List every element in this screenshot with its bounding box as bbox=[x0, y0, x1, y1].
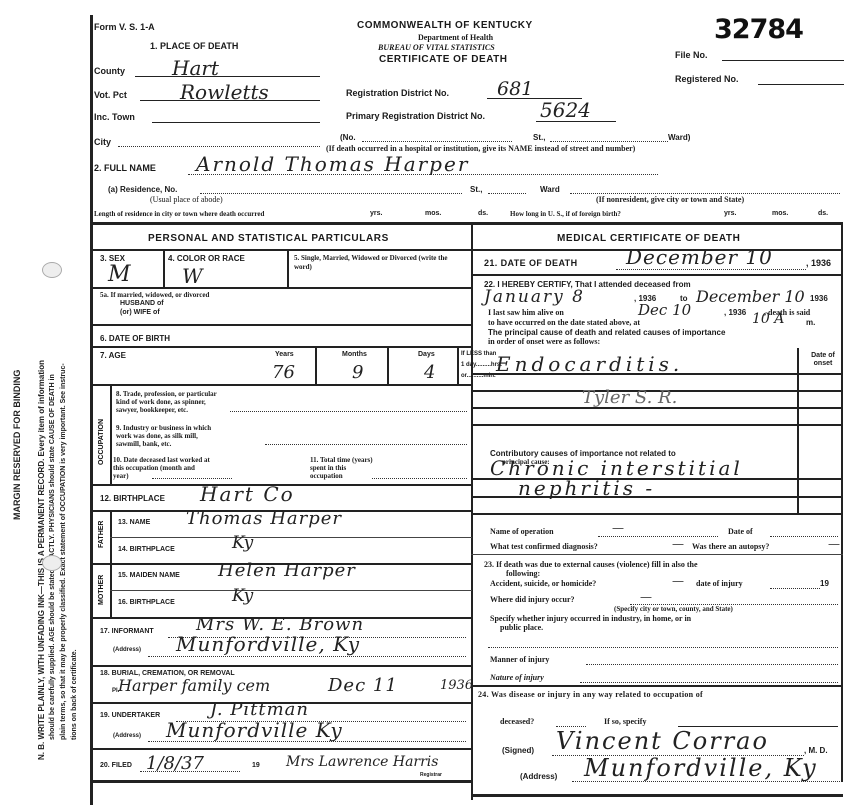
industry-field[interactable] bbox=[265, 444, 467, 445]
less-than-label: If LESS than bbox=[461, 351, 496, 357]
operation-label: Name of operation bbox=[490, 527, 554, 536]
trade-field[interactable] bbox=[230, 411, 467, 412]
principal-cause-2: in order of onset were as follows: bbox=[488, 337, 600, 346]
rule bbox=[110, 384, 112, 484]
commonwealth-title: COMMONWEALTH OF KENTUCKY bbox=[357, 20, 533, 31]
county-field[interactable] bbox=[135, 76, 320, 77]
date-injury-field[interactable] bbox=[770, 588, 820, 589]
informant-address-value: Munfordville, Ky bbox=[176, 632, 360, 656]
manner-injury-label: Manner of injury bbox=[490, 655, 549, 664]
rule bbox=[90, 249, 472, 251]
reg-district-value: 681 bbox=[497, 78, 533, 100]
operation-value: — bbox=[612, 521, 624, 535]
color-race-value: W bbox=[182, 264, 203, 288]
nonresident-note: (If nonresident, give city or town and S… bbox=[596, 195, 744, 204]
rule bbox=[457, 346, 459, 384]
date-of-death-field[interactable] bbox=[616, 269, 806, 270]
filed-label: 20. FILED bbox=[100, 762, 132, 769]
right-border bbox=[841, 222, 843, 782]
sex-value: M bbox=[108, 262, 131, 287]
mother-name-label: 15. MAIDEN NAME bbox=[118, 572, 180, 579]
bureau-name: BUREAU OF VITAL STATISTICS bbox=[378, 43, 495, 52]
residence-field[interactable] bbox=[200, 193, 462, 194]
rule bbox=[110, 537, 472, 538]
registered-no-field[interactable] bbox=[758, 84, 844, 85]
marital-label: 5. Single, Married, Widowed or Divorced … bbox=[294, 254, 464, 272]
rule bbox=[471, 274, 843, 276]
street-no-field[interactable] bbox=[362, 141, 512, 142]
total-time-line: spent in this bbox=[310, 464, 373, 472]
length-mos: mos. bbox=[425, 210, 441, 217]
length-residence-label: Length of residence in city or town wher… bbox=[94, 210, 264, 218]
birthplace-label: 12. BIRTHPLACE bbox=[100, 494, 165, 503]
residence-ward-field[interactable] bbox=[570, 193, 840, 194]
months-value: 9 bbox=[352, 362, 363, 383]
last-worked-label: 10. Date deceased last worked at this oc… bbox=[113, 456, 210, 480]
operation-field[interactable] bbox=[598, 536, 718, 537]
address-label: (Address) bbox=[520, 772, 557, 781]
rule bbox=[797, 424, 799, 514]
nature-injury-field[interactable] bbox=[580, 682, 838, 683]
date-of-death-label: 21. DATE OF DEATH bbox=[484, 258, 577, 268]
autopsy-label: Was there an autopsy? bbox=[692, 542, 769, 551]
years-label: Years bbox=[275, 351, 294, 358]
county-label: County bbox=[94, 66, 125, 76]
rule bbox=[163, 249, 165, 287]
last-worked-field[interactable] bbox=[152, 478, 232, 479]
attended-to-year: 1936 bbox=[810, 294, 828, 303]
margin-instruction-4: tions on back of certificate. bbox=[69, 649, 80, 740]
stamp-number: 32784 bbox=[714, 14, 803, 45]
rule bbox=[90, 287, 472, 289]
registrar-value: Mrs Lawrence Harris bbox=[286, 754, 438, 770]
rule bbox=[90, 384, 472, 386]
color-race-label: 4. COLOR OR RACE bbox=[168, 254, 245, 263]
undertaker-value: J. Pittman bbox=[210, 699, 309, 720]
mother-birthplace-label: 16. BIRTHPLACE bbox=[118, 599, 175, 606]
mother-side-label: MOTHER bbox=[98, 575, 105, 605]
informant-address-field[interactable] bbox=[148, 656, 466, 657]
age-label: 7. AGE bbox=[100, 351, 126, 360]
trade-label-line: 8. Trade, profession, or particular bbox=[116, 390, 217, 398]
cause-2-value: Tyler S. R. bbox=[582, 387, 677, 408]
how-long-us-label: How long in U. S., if of foreign birth? bbox=[510, 210, 621, 218]
us-mos: mos. bbox=[772, 210, 788, 217]
residence-st-label: St., bbox=[470, 185, 482, 194]
date-of-onset-label: Date of onset bbox=[806, 352, 840, 368]
trade-label: 8. Trade, profession, or particular kind… bbox=[116, 390, 217, 414]
form-number: Form V. S. 1-A bbox=[94, 22, 155, 32]
years-value: 76 bbox=[272, 362, 295, 383]
last-saw-alive-text: im alive on bbox=[526, 308, 563, 317]
reg-district-label: Registration District No. bbox=[346, 88, 449, 98]
industry-label-line: sawmill, bank, etc. bbox=[116, 440, 211, 448]
punch-hole bbox=[42, 262, 62, 278]
occurred-line: to have occurred on the date stated abov… bbox=[488, 318, 640, 327]
date-of-death-year: , 1936 bbox=[806, 258, 831, 268]
date-of-death-value: December 10 bbox=[626, 245, 773, 269]
test-label: What test confirmed diagnosis? bbox=[490, 542, 598, 551]
place-of-death-heading: 1. PLACE OF DEATH bbox=[150, 41, 238, 51]
usual-abode-note: (Usual place of abode) bbox=[150, 195, 223, 204]
residence-st-field[interactable] bbox=[488, 193, 526, 194]
us-yrs: yrs. bbox=[724, 210, 736, 217]
rule bbox=[287, 249, 289, 287]
total-time-label: 11. Total time (years) spent in this occ… bbox=[310, 456, 373, 480]
margin-reserved-text: MARGIN RESERVED FOR BINDING bbox=[12, 370, 23, 520]
undertaker-address-label: (Address) bbox=[113, 733, 141, 739]
nature-injury-label: Nature of injury bbox=[490, 673, 544, 682]
length-yrs: yrs. bbox=[370, 210, 382, 217]
total-time-line: 11. Total time (years) bbox=[310, 456, 373, 464]
full-name-label: 2. FULL NAME bbox=[94, 163, 156, 173]
specify-whether-2: public place. bbox=[500, 623, 543, 632]
rule bbox=[90, 324, 472, 326]
rule bbox=[471, 496, 843, 498]
county-value: Hart bbox=[172, 56, 219, 80]
file-no-label: File No. bbox=[675, 50, 708, 60]
primary-reg-label: Primary Registration District No. bbox=[346, 111, 485, 121]
street-no-label: (No. bbox=[340, 133, 356, 142]
informant-label: 17. INFORMANT bbox=[100, 628, 154, 635]
address-value: Munfordville, Ky bbox=[584, 754, 818, 782]
father-name-label: 13. NAME bbox=[118, 519, 150, 526]
months-label: Months bbox=[342, 351, 367, 358]
test-value: — bbox=[672, 537, 684, 551]
last-saw-date: Dec 10 bbox=[638, 301, 691, 319]
attended-from-value: January 8 bbox=[484, 287, 585, 307]
personal-heading: PERSONAL AND STATISTICAL PARTICULARS bbox=[148, 233, 389, 244]
specify-city-note: (Specify city or town, county, and State… bbox=[614, 605, 733, 613]
punch-hole bbox=[42, 555, 62, 571]
residence-ward-label: Ward bbox=[540, 185, 560, 194]
vot-pct-value: Rowletts bbox=[180, 80, 269, 104]
rule bbox=[90, 748, 472, 750]
rule bbox=[387, 346, 389, 384]
father-birthplace-label: 14. BIRTHPLACE bbox=[118, 546, 175, 553]
trade-label-line: kind of work done, as spinner, bbox=[116, 398, 217, 406]
dob-label: 6. DATE OF BIRTH bbox=[100, 334, 170, 343]
file-no-field[interactable] bbox=[722, 60, 844, 61]
signed-value: Vincent Corrao bbox=[556, 727, 769, 755]
undertaker-label: 19. UNDERTAKER bbox=[100, 712, 160, 719]
mother-birthplace-value: Ky bbox=[232, 586, 253, 606]
rule bbox=[471, 513, 843, 515]
rule bbox=[471, 407, 843, 409]
street-field[interactable] bbox=[550, 141, 668, 142]
external-causes-2: following: bbox=[506, 569, 540, 578]
father-birthplace-value: Ky bbox=[232, 533, 253, 553]
right-bottom-rule bbox=[471, 794, 843, 797]
filed-value: 1/8/37 bbox=[146, 753, 204, 774]
length-ds: ds. bbox=[478, 210, 488, 217]
occupation-side-label: OCCUPATION bbox=[98, 419, 105, 465]
us-ds: ds. bbox=[818, 210, 828, 217]
certificate-title: CERTIFICATE OF DEATH bbox=[379, 54, 508, 65]
main-table-top-rule bbox=[90, 222, 842, 225]
m-label: m. bbox=[806, 318, 815, 327]
father-side-label: FATHER bbox=[98, 521, 105, 548]
rule bbox=[471, 424, 843, 426]
informant-address-label: (Address) bbox=[113, 647, 141, 653]
if-so-label: If so, specify bbox=[604, 717, 646, 726]
signed-label: (Signed) bbox=[502, 746, 534, 755]
inc-town-field[interactable] bbox=[152, 122, 320, 123]
days-value: 4 bbox=[424, 362, 435, 383]
margin-instruction-3: plain terms, so that it may be properly … bbox=[58, 363, 69, 740]
rule bbox=[110, 590, 472, 591]
trade-label-line: sawyer, bookkeeper, etc. bbox=[116, 406, 217, 414]
industry-label-line: 9. Industry or business in which bbox=[116, 424, 211, 432]
rule bbox=[90, 665, 472, 667]
total-time-line: occupation bbox=[310, 472, 373, 480]
date-injury-19: 19 bbox=[820, 579, 829, 588]
attended-to-value: December 10 bbox=[696, 287, 805, 306]
rule bbox=[471, 554, 843, 555]
specify-whether-1: Specify whether injury occurred in indus… bbox=[490, 614, 691, 623]
date-of-operation-label: Date of bbox=[728, 527, 753, 536]
time-value: 10 A bbox=[752, 311, 784, 327]
undertaker-address-value: Munfordville Ky bbox=[166, 718, 343, 742]
rule bbox=[471, 373, 843, 375]
birthplace-value: Hart Co bbox=[200, 482, 295, 506]
father-name-value: Thomas Harper bbox=[186, 508, 342, 529]
city-field[interactable] bbox=[118, 146, 320, 147]
inc-town-label: Inc. Town bbox=[94, 112, 135, 122]
accident-label: Accident, suicide, or homicide? bbox=[490, 579, 596, 588]
occupation-related-q: 24. Was disease or injury in any way rel… bbox=[478, 690, 703, 699]
rule bbox=[315, 346, 317, 384]
total-time-field[interactable] bbox=[372, 478, 467, 479]
burial-date-value: Dec 11 bbox=[328, 675, 398, 696]
date-injury-label: date of injury bbox=[696, 579, 743, 588]
days-label: Days bbox=[418, 351, 435, 358]
ward-label: Ward) bbox=[668, 133, 690, 142]
injury-place-field[interactable] bbox=[488, 647, 838, 648]
street-label: St., bbox=[533, 133, 545, 142]
where-injury-label: Where did injury occur? bbox=[490, 595, 575, 604]
primary-reg-value: 5624 bbox=[540, 98, 591, 122]
industry-label: 9. Industry or business in which work wa… bbox=[116, 424, 211, 448]
accident-value: — bbox=[672, 574, 684, 588]
burial-year: 1936 bbox=[440, 678, 473, 693]
industry-label-line: work was done, as silk mill, bbox=[116, 432, 211, 440]
last-saw-prefix-text: I last saw h bbox=[488, 308, 526, 317]
registered-no-label: Registered No. bbox=[675, 74, 739, 84]
spouse-label-1: 5a. If married, widowed, or divorced bbox=[100, 291, 209, 299]
last-worked-line: this occupation (month and bbox=[113, 464, 210, 472]
city-label: City bbox=[94, 137, 111, 147]
full-name-value: Arnold Thomas Harper bbox=[196, 152, 469, 176]
mother-name-value: Helen Harper bbox=[218, 560, 356, 581]
spouse-label-3: (or) WIFE of bbox=[120, 309, 160, 316]
burial-place-value: Harper family cem bbox=[118, 676, 270, 695]
department-name: Department of Health bbox=[418, 33, 493, 42]
last-saw-prefix: I last saw him alive on bbox=[488, 308, 564, 317]
last-worked-line: 10. Date deceased last worked at bbox=[113, 456, 210, 464]
principal-cause-1: The principal cause of death and related… bbox=[488, 328, 725, 337]
spouse-label-2: HUSBAND of bbox=[120, 300, 164, 307]
rule bbox=[471, 685, 843, 687]
external-causes-1: 23. If death was due to external causes … bbox=[484, 560, 698, 569]
filed-19: 19 bbox=[252, 762, 260, 769]
autopsy-value: — bbox=[828, 537, 840, 551]
left-bottom-rule bbox=[90, 780, 472, 783]
registrar-label: Registrar bbox=[420, 772, 442, 778]
vot-pct-label: Vot. Pct bbox=[94, 90, 127, 100]
deceased-q: deceased? bbox=[500, 717, 534, 726]
residence-label: (a) Residence, No. bbox=[108, 185, 177, 194]
where-injury-value: — bbox=[640, 590, 652, 604]
form-left-border bbox=[90, 15, 93, 805]
last-saw-year: , 1936 bbox=[724, 308, 746, 317]
rule bbox=[90, 346, 472, 348]
medical-heading: MEDICAL CERTIFICATE OF DEATH bbox=[557, 233, 740, 244]
manner-injury-field[interactable] bbox=[586, 664, 838, 665]
